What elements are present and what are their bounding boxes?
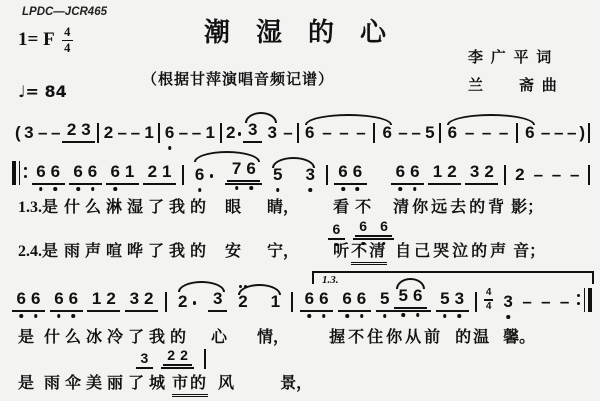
low-octave-dot bbox=[360, 314, 364, 318]
beam-group: 22 bbox=[161, 348, 195, 369]
note-digit: 1 bbox=[144, 123, 153, 142]
note: 6 bbox=[302, 290, 316, 309]
beam-group: 66 bbox=[69, 163, 102, 185]
note-digit: 6 bbox=[382, 123, 391, 142]
quarter-note-icon: ♩ bbox=[18, 82, 26, 101]
duration-dash: – bbox=[565, 124, 578, 143]
volta-label: 1.3. bbox=[322, 274, 339, 286]
note-digit: 6 bbox=[305, 123, 314, 142]
barline bbox=[588, 123, 590, 143]
low-octave-dot bbox=[34, 314, 38, 318]
duration-dash: – bbox=[281, 124, 294, 143]
lyric-segment: 不清 bbox=[351, 238, 387, 265]
beam-group: 3 bbox=[208, 290, 226, 312]
note: 2 bbox=[64, 121, 78, 140]
note-digit: 6 bbox=[357, 289, 366, 308]
bar-thick bbox=[12, 161, 16, 185]
tie-slur: 23 bbox=[174, 290, 229, 312]
beam-group: 3 bbox=[136, 351, 153, 369]
bar-thick bbox=[588, 288, 592, 312]
note: 1 bbox=[430, 163, 444, 182]
note: 3 bbox=[127, 290, 141, 309]
note: 3 bbox=[467, 163, 481, 182]
note-digit: 6 bbox=[353, 162, 362, 181]
duration-dash: – bbox=[177, 124, 190, 143]
lyric-segment: 是 bbox=[18, 370, 34, 393]
beam-group: 66 bbox=[300, 290, 333, 312]
beam-group: 76 bbox=[227, 160, 260, 182]
duration-dash: – bbox=[497, 124, 511, 143]
tie-slur: 56 bbox=[392, 287, 429, 309]
note: 2 bbox=[224, 124, 238, 143]
duration-dash: – bbox=[539, 293, 553, 312]
lyric-segment: 风 bbox=[218, 370, 234, 393]
barline bbox=[291, 292, 293, 312]
lyric-segment: 雨声喧哗了我的 bbox=[64, 238, 211, 261]
note-digit: 6 bbox=[319, 289, 328, 308]
time-top: 4 bbox=[64, 26, 70, 39]
lyric-segment: 影； bbox=[511, 194, 543, 217]
barline bbox=[504, 165, 506, 185]
note-digit: 5 bbox=[440, 289, 449, 308]
note: 6 bbox=[330, 222, 343, 237]
note: 7 bbox=[229, 160, 243, 179]
beam-group: 23 bbox=[62, 121, 95, 143]
lyric-segment: 雨伞美丽了城 bbox=[44, 370, 170, 393]
lyric-segment: 什么淋湿了我的 bbox=[64, 194, 211, 217]
note: 3 bbox=[452, 290, 466, 309]
low-octave-dot bbox=[383, 314, 387, 318]
key-text: 1= F bbox=[18, 29, 55, 51]
low-octave-dot bbox=[413, 187, 417, 191]
note: 6 bbox=[336, 163, 350, 182]
note: 3 bbox=[138, 351, 151, 366]
barline bbox=[158, 123, 160, 143]
low-octave-dot bbox=[91, 187, 95, 191]
beam-group: 53 bbox=[436, 290, 469, 312]
barline bbox=[220, 123, 222, 143]
note: 6 bbox=[445, 124, 459, 143]
note-digit: 6 bbox=[36, 162, 45, 181]
note-digit: 6 bbox=[413, 286, 422, 305]
lyric-segment: 馨。 bbox=[503, 324, 535, 347]
note: 6 bbox=[357, 219, 370, 234]
beam-group: 12 bbox=[428, 163, 461, 185]
sheet-music-page: LPDC—JCR465 1= F 4 4 潮 湿 的 心 （根据甘萍演唱音频记谱… bbox=[0, 0, 600, 401]
lyric-segment: 心 bbox=[211, 324, 227, 347]
note: 2 bbox=[236, 293, 250, 312]
low-octave-dot bbox=[506, 315, 510, 319]
note: 6 bbox=[48, 163, 62, 182]
note: 6 bbox=[303, 124, 317, 143]
dot bbox=[244, 285, 247, 288]
note-digit: 6 bbox=[342, 289, 351, 308]
note-digit: 3 bbox=[24, 123, 33, 142]
note: 2 bbox=[482, 163, 496, 182]
note: 6 bbox=[410, 287, 424, 306]
note-digit: 6 bbox=[31, 289, 40, 308]
note: 6 bbox=[340, 290, 354, 309]
note: 6 bbox=[14, 290, 28, 309]
note-digit: 6 bbox=[51, 162, 60, 181]
note-digit: 3 bbox=[81, 120, 90, 139]
note: 6 bbox=[192, 166, 206, 185]
lyric-segment: 自己哭泣的声 bbox=[395, 238, 509, 261]
note-digit: 6 bbox=[73, 162, 82, 181]
beam-group: 66 bbox=[355, 219, 393, 237]
duration-dash: – bbox=[129, 124, 142, 143]
duration-dash: – bbox=[36, 124, 49, 143]
note-digit: 3 bbox=[248, 120, 257, 139]
note-digit: 6 bbox=[525, 123, 534, 142]
duration-dash: – bbox=[190, 124, 203, 143]
beam-group: 32 bbox=[125, 290, 158, 312]
note-digit: 7 bbox=[232, 159, 241, 178]
low-octave-dot bbox=[113, 187, 117, 191]
low-octave-dot bbox=[443, 314, 447, 318]
note-digit: 6 bbox=[165, 123, 174, 142]
note-digit: 6 bbox=[69, 289, 78, 308]
note: 6 bbox=[66, 290, 80, 309]
note: 2 bbox=[165, 348, 178, 363]
note-digit: 6 bbox=[305, 289, 314, 308]
duration-dash: – bbox=[550, 166, 564, 185]
ornament-dots bbox=[239, 285, 247, 288]
duration-dash: – bbox=[337, 124, 351, 143]
low-octave-dot bbox=[198, 188, 202, 192]
note-digit: 6 bbox=[396, 162, 405, 181]
lyric-segment: 宁， bbox=[267, 238, 299, 261]
dot bbox=[24, 175, 27, 178]
barline bbox=[97, 123, 99, 143]
paren-text: ) bbox=[578, 124, 586, 143]
note: 2 bbox=[445, 163, 459, 182]
dot bbox=[239, 285, 242, 288]
note-digit: 6 bbox=[338, 162, 347, 181]
time-signature-fraction: 4 4 bbox=[62, 26, 73, 55]
duration-dash: – bbox=[539, 124, 552, 143]
lyric-segment: 情， bbox=[257, 324, 289, 347]
note-digit: 2 bbox=[67, 120, 76, 139]
note-digit: 1 bbox=[206, 123, 215, 142]
lyric-segment: 2.4.是 bbox=[18, 238, 58, 261]
beam-group: 556 bbox=[376, 287, 431, 312]
note-digit: 2 bbox=[180, 347, 188, 363]
note: 3 bbox=[79, 121, 93, 140]
dot bbox=[24, 167, 27, 170]
beam-group: 66 bbox=[338, 290, 371, 312]
note-digit: 1 bbox=[162, 162, 171, 181]
note-digit: 3 bbox=[267, 123, 276, 142]
note: 2 bbox=[104, 290, 118, 309]
note: 6 bbox=[393, 163, 407, 182]
lyric-segment: 看不 bbox=[333, 194, 377, 217]
note: 3 bbox=[303, 166, 317, 185]
lyric-segment: 听 bbox=[333, 238, 349, 261]
note-digit: 2 bbox=[104, 123, 113, 142]
tempo-marking: ♩= 84 bbox=[18, 82, 67, 101]
time-bottom: 4 bbox=[64, 42, 70, 55]
note-digit: 5 bbox=[273, 165, 282, 184]
note-digit: 6 bbox=[448, 123, 457, 142]
note-digit: 2 bbox=[226, 123, 235, 142]
lyric-segment: 安 bbox=[225, 238, 241, 261]
duration-dash: – bbox=[531, 166, 545, 185]
song-title: 潮 湿 的 心 bbox=[150, 12, 440, 49]
bar-thin bbox=[584, 288, 586, 312]
low-octave-dot bbox=[399, 187, 403, 191]
notation-line-2: 6666612167653666612322––– bbox=[12, 160, 592, 185]
duration-dash: – bbox=[568, 166, 582, 185]
low-octave-dot bbox=[401, 313, 405, 317]
note: 3 bbox=[210, 290, 224, 309]
low-octave-dot bbox=[341, 187, 345, 191]
note: 6 bbox=[244, 160, 258, 179]
barline bbox=[588, 165, 590, 185]
notation-line-3: 666612322321666655653443––– bbox=[12, 287, 592, 312]
low-octave-dot bbox=[308, 314, 312, 318]
low-octave-dot bbox=[72, 314, 76, 318]
beam-group: 76 bbox=[225, 160, 262, 185]
lyrics-verse-3: 是什么冰冷了我的心情，握不住你从前的温馨。 bbox=[18, 324, 535, 347]
repeat-dots bbox=[24, 167, 27, 178]
note-digit: 2 bbox=[148, 162, 157, 181]
low-octave-dot bbox=[39, 187, 43, 191]
note-digit: 6 bbox=[88, 162, 97, 181]
note: 3 bbox=[22, 124, 36, 143]
note: 6 bbox=[71, 163, 85, 182]
beam-group: 61 bbox=[106, 163, 139, 185]
note: 6 bbox=[317, 290, 331, 309]
duration-dash: – bbox=[49, 124, 62, 143]
note: 3 bbox=[265, 124, 279, 143]
duration-dash: – bbox=[410, 124, 423, 143]
note-digit: 5 bbox=[425, 123, 434, 142]
repeat-end-sign bbox=[576, 288, 592, 312]
note: 2 bbox=[513, 166, 527, 185]
note-digit: 3 bbox=[130, 289, 139, 308]
tie-slur: 676 bbox=[190, 160, 264, 185]
note: 2 bbox=[145, 163, 159, 182]
note: 6 bbox=[162, 124, 176, 143]
note-digit: 3 bbox=[305, 165, 314, 184]
tie-slur: 33 bbox=[241, 121, 281, 143]
lyric-segment: 眼 bbox=[225, 194, 241, 217]
low-octave-dot bbox=[322, 314, 326, 318]
note-digit: 2 bbox=[484, 162, 493, 181]
duration-dash: – bbox=[520, 293, 534, 312]
notation-line-1: (3––232––16––1233–6–––6––56–––6–––) bbox=[14, 121, 592, 143]
duration-dash: – bbox=[558, 293, 572, 312]
note: 5 bbox=[378, 290, 392, 309]
note: 6 bbox=[28, 290, 42, 309]
barline bbox=[297, 123, 299, 143]
lyric-segment: 什么冰冷了我的 bbox=[44, 324, 191, 347]
barline bbox=[326, 165, 328, 185]
ts-top: 4 bbox=[486, 288, 492, 298]
beam-group: 12 bbox=[87, 290, 120, 312]
duration-dash: – bbox=[463, 124, 477, 143]
beam-group: 3 bbox=[243, 121, 261, 143]
augmentation-dot bbox=[210, 174, 214, 178]
dot bbox=[577, 302, 580, 305]
note-digit: 2 bbox=[106, 289, 115, 308]
note: 5 bbox=[396, 287, 410, 306]
tie-slur: 53 bbox=[268, 166, 319, 185]
duration-dash: – bbox=[116, 124, 129, 143]
duration-dash: – bbox=[480, 124, 494, 143]
low-octave-dot bbox=[308, 188, 312, 192]
note: 1 bbox=[203, 124, 217, 143]
ts-bottom: 4 bbox=[486, 302, 492, 312]
tie-slur: 21 bbox=[234, 293, 285, 312]
note: 6 bbox=[378, 219, 391, 234]
lyrics-verse-4: 是雨伞美丽了城市的风景， bbox=[18, 370, 312, 397]
lyric-segment: 握不住你从前 bbox=[329, 324, 443, 347]
lyric-segment: 1.3.是 bbox=[18, 194, 58, 217]
augmentation-dot bbox=[193, 301, 197, 305]
tie-slur: 6–––6 bbox=[301, 123, 397, 143]
note-digit: 2 bbox=[447, 162, 456, 181]
low-octave-dot bbox=[249, 186, 253, 190]
beam-group: 21 bbox=[143, 163, 176, 185]
note-digit: 1 bbox=[433, 162, 442, 181]
low-octave-dot bbox=[76, 187, 80, 191]
note: 1 bbox=[268, 293, 282, 312]
note-digit: 3 bbox=[141, 350, 149, 366]
duration-dash: – bbox=[354, 124, 368, 143]
note: 6 bbox=[523, 124, 537, 143]
note: 6 bbox=[350, 163, 364, 182]
note-digit: 6 bbox=[333, 221, 341, 237]
note-digit: 6 bbox=[195, 165, 204, 184]
low-octave-dot bbox=[416, 313, 420, 317]
lyric-segment: 睛， bbox=[267, 194, 299, 217]
beam-group: 22 bbox=[163, 348, 193, 366]
tempo-value: = 84 bbox=[26, 82, 67, 101]
note: 3 bbox=[501, 293, 515, 312]
low-octave-dot bbox=[168, 146, 172, 150]
note-digit: 5 bbox=[380, 289, 389, 308]
beam-group: 56 bbox=[394, 287, 427, 309]
note-digit: 2 bbox=[167, 347, 175, 363]
note-digit: 6 bbox=[54, 289, 63, 308]
barline bbox=[516, 123, 518, 143]
volta-bracket: 1.3. bbox=[312, 271, 594, 284]
note-digit: 1 bbox=[271, 292, 280, 311]
low-octave-dot bbox=[345, 314, 349, 318]
low-octave-dot bbox=[235, 186, 239, 190]
note: 6 bbox=[354, 290, 368, 309]
lyric-segment: 音； bbox=[513, 238, 545, 261]
beam-group: 66 bbox=[32, 163, 65, 185]
note-digit: 6 bbox=[17, 289, 26, 308]
lyrics-verse-2: 2.4.是雨声喧哗了我的安宁，听不清自己哭泣的声音； bbox=[18, 238, 545, 265]
barline bbox=[373, 123, 375, 143]
beam-group: 66 bbox=[334, 163, 367, 185]
inline-time-signature: 44 bbox=[484, 288, 493, 312]
catalog-number: LPDC—JCR465 bbox=[22, 6, 107, 18]
note-digit: 2 bbox=[515, 165, 524, 184]
beam-group: 66 bbox=[12, 290, 45, 312]
note-digit: 2 bbox=[144, 289, 153, 308]
note: 5 bbox=[270, 166, 284, 185]
note: 1 bbox=[142, 124, 156, 143]
lyric-segment: 景， bbox=[280, 370, 312, 393]
barline bbox=[439, 123, 441, 143]
low-octave-dot bbox=[54, 187, 58, 191]
note-digit: 2 bbox=[238, 292, 247, 311]
note-digit: 6 bbox=[380, 218, 388, 234]
barline bbox=[475, 292, 477, 312]
note: 6 bbox=[52, 290, 66, 309]
key-signature: 1= F 4 4 bbox=[18, 26, 73, 55]
duration-dash: – bbox=[396, 124, 409, 143]
note-digit: 3 bbox=[503, 292, 512, 311]
note-digit: 3 bbox=[455, 289, 464, 308]
low-octave-dot bbox=[458, 314, 462, 318]
note-digit: 6 bbox=[110, 162, 119, 181]
note-digit: 1 bbox=[92, 289, 101, 308]
barline bbox=[165, 292, 167, 312]
ossia-notes-2: 322 bbox=[136, 348, 208, 369]
bar-thin bbox=[19, 161, 21, 185]
lyrics-verse-1: 1.3.是什么淋湿了我的眼睛，看不清你远去的背影； bbox=[18, 194, 543, 217]
note: 2 bbox=[142, 290, 156, 309]
note: 6 bbox=[408, 163, 422, 182]
note: 3 bbox=[245, 121, 259, 140]
composer-credit: 兰 斋 曲 bbox=[468, 74, 559, 95]
note-digit: 3 bbox=[470, 162, 479, 181]
note: 6 bbox=[380, 124, 394, 143]
beam-group: 66 bbox=[391, 163, 424, 185]
note: 1 bbox=[122, 163, 136, 182]
note: 6 bbox=[108, 163, 122, 182]
duration-dash: – bbox=[552, 124, 565, 143]
subtitle: （根据甘萍演唱音频记谱） bbox=[142, 68, 334, 89]
repeat-dots bbox=[577, 294, 580, 305]
note: 2 bbox=[178, 348, 191, 363]
low-octave-dot bbox=[19, 314, 23, 318]
lyricist-credit: 李 广 平 词 bbox=[468, 46, 553, 67]
beam-group: 32 bbox=[465, 163, 498, 185]
lyric-segment: 是 bbox=[18, 324, 34, 347]
note-digit: 5 bbox=[398, 286, 407, 305]
note-digit: 1 bbox=[125, 162, 134, 181]
low-octave-dot bbox=[356, 187, 360, 191]
note-digit: 2 bbox=[178, 292, 187, 311]
note-digit: 6 bbox=[410, 162, 419, 181]
barline bbox=[182, 165, 184, 185]
beam-group: 66 bbox=[50, 290, 83, 312]
barline bbox=[204, 349, 206, 369]
note: 6 bbox=[85, 163, 99, 182]
low-octave-dot bbox=[276, 188, 280, 192]
repeat-start-sign bbox=[12, 161, 28, 185]
note: 5 bbox=[423, 124, 437, 143]
note-digit: 6 bbox=[246, 159, 255, 178]
note: 1 bbox=[160, 163, 174, 182]
low-octave-dot bbox=[57, 314, 61, 318]
duration-dash: – bbox=[320, 124, 334, 143]
note: 6 bbox=[34, 163, 48, 182]
lyric-segment: 清你远去的背 bbox=[393, 194, 507, 217]
note: 2 bbox=[101, 124, 115, 143]
paren-text: ( bbox=[14, 124, 22, 143]
note: 5 bbox=[438, 290, 452, 309]
note-digit: 3 bbox=[213, 289, 222, 308]
tie-slur: 6–––6 bbox=[443, 123, 539, 143]
